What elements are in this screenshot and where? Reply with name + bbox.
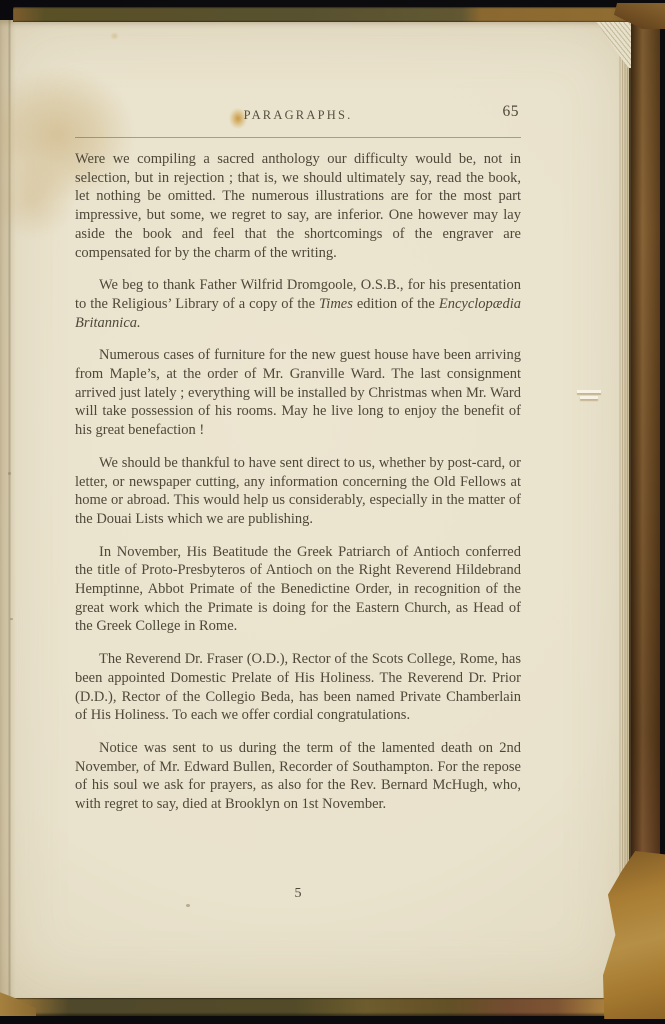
page-corner-stack [592, 20, 631, 68]
book-binding-bottom-edge [3, 998, 663, 1016]
page-number: 65 [503, 103, 520, 121]
paragraph: Notice was sent to us during the term of… [75, 739, 521, 814]
paragraph-segment: edition of the [353, 296, 439, 312]
italic-title: Times [319, 296, 353, 312]
paper-crease-mark [580, 396, 598, 399]
paper-crease-mark [577, 390, 601, 393]
paragraph: We beg to thank Father Wilfrid Dromgoole… [75, 276, 521, 332]
page-stack-edge [618, 20, 631, 999]
ink-speck [10, 618, 13, 620]
ink-speck [186, 904, 190, 907]
book-page: PARAGRAPHS. 65 Were we compiling a sacre… [0, 20, 631, 999]
running-header: PARAGRAPHS. 65 [75, 106, 521, 124]
ink-speck [8, 472, 11, 475]
paragraph: The Reverend Dr. Fraser (O.D.), Rector o… [75, 650, 521, 725]
signature-mark: 5 [75, 886, 521, 902]
paragraph: Numerous cases of furniture for the new … [75, 346, 521, 440]
body-text: Were we compiling a sacred anthology our… [75, 150, 521, 828]
header-rule [75, 137, 521, 138]
paragraph: In November, His Beatitude the Greek Pat… [75, 543, 521, 637]
foxing-stain-dot [110, 32, 119, 40]
book-scan: PARAGRAPHS. 65 Were we compiling a sacre… [0, 0, 665, 1024]
paragraph: Were we compiling a sacred anthology our… [75, 150, 521, 262]
running-header-title: PARAGRAPHS. [244, 108, 353, 122]
paragraph: We should be thankful to have sent direc… [75, 454, 521, 529]
book-binding-top-edge [13, 7, 663, 22]
